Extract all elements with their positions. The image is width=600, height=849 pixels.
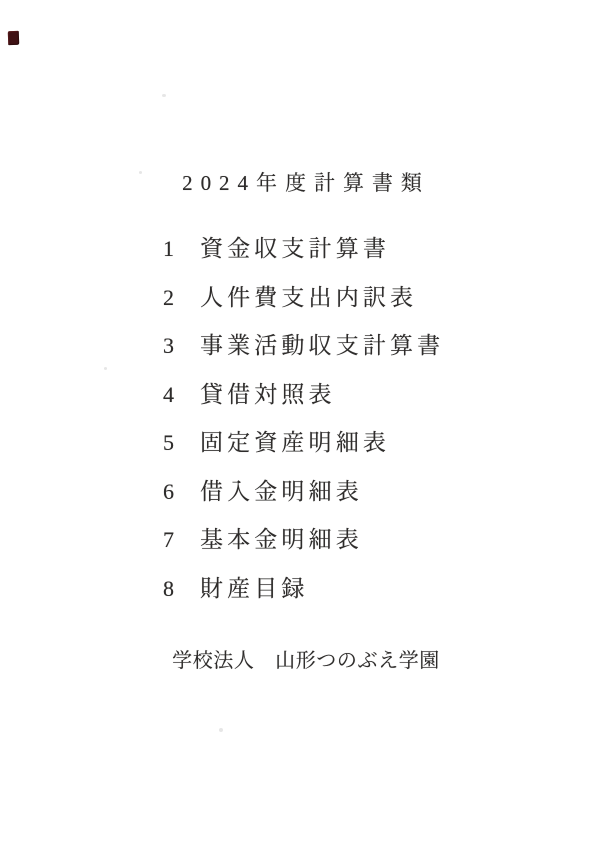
list-item: 1 資金収支計算書 bbox=[163, 236, 444, 285]
item-label: 資金収支計算書 bbox=[200, 236, 390, 261]
scan-speck bbox=[162, 94, 166, 97]
organization-name: 学校法人 山形つのぶえ学園 bbox=[6, 648, 600, 674]
item-label: 事業活動収支計算書 bbox=[200, 333, 444, 358]
item-number: 1 bbox=[163, 237, 178, 261]
item-number: 5 bbox=[163, 431, 178, 455]
scan-speck bbox=[219, 728, 223, 732]
item-label: 財産目録 bbox=[200, 576, 309, 601]
item-number: 4 bbox=[163, 383, 178, 407]
scan-mark bbox=[8, 31, 19, 45]
list-item: 6 借入金明細表 bbox=[163, 479, 444, 528]
item-number: 8 bbox=[163, 577, 178, 601]
scanned-cover-page: 2024年度計算書類 1 資金収支計算書 2 人件費支出内訳表 3 事業活動収支… bbox=[0, 0, 600, 849]
scan-speck bbox=[104, 367, 107, 370]
list-item: 8 財産目録 bbox=[163, 576, 444, 625]
page-title: 2024年度計算書類 bbox=[6, 167, 600, 197]
list-item: 4 貸借対照表 bbox=[163, 382, 444, 431]
list-item: 5 固定資産明細表 bbox=[163, 430, 444, 479]
list-item: 3 事業活動収支計算書 bbox=[163, 333, 444, 382]
item-label: 人件費支出内訳表 bbox=[200, 285, 417, 310]
item-number: 7 bbox=[163, 528, 178, 552]
item-label: 借入金明細表 bbox=[200, 479, 363, 504]
item-number: 3 bbox=[163, 334, 178, 358]
document-list: 1 資金収支計算書 2 人件費支出内訳表 3 事業活動収支計算書 4 貸借対照表… bbox=[163, 236, 444, 624]
list-item: 2 人件費支出内訳表 bbox=[163, 285, 444, 334]
list-item: 7 基本金明細表 bbox=[163, 527, 444, 576]
item-label: 貸借対照表 bbox=[200, 382, 336, 407]
item-label: 固定資産明細表 bbox=[200, 430, 390, 455]
item-number: 6 bbox=[163, 480, 178, 504]
item-number: 2 bbox=[163, 286, 178, 310]
item-label: 基本金明細表 bbox=[200, 527, 363, 552]
